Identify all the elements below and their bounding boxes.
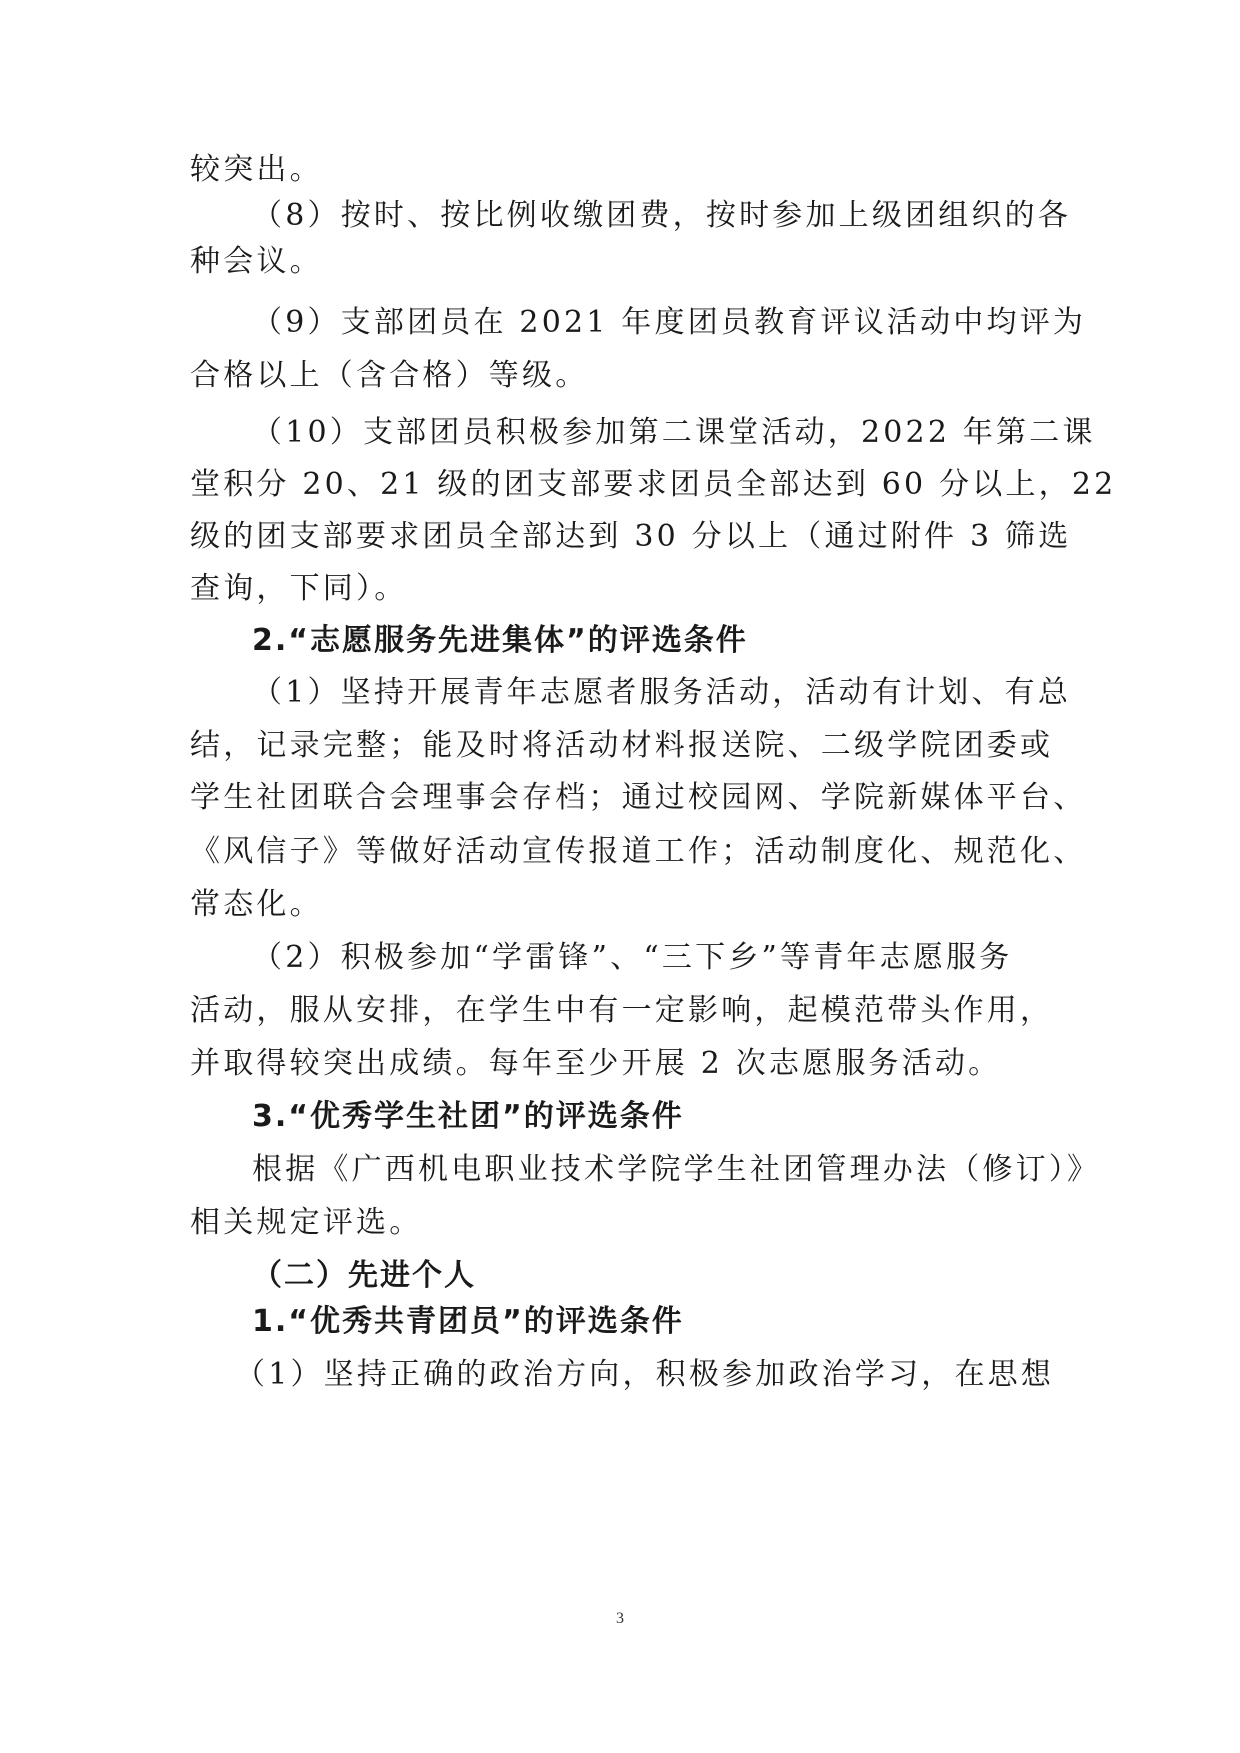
text-line: 查询，下同）。 — [190, 569, 407, 609]
list-item-8: （8）按时、按比例收缴团费，按时参加上级团组织的各 — [252, 196, 1071, 236]
list-item-10: （10）支部团员积极参加第二课堂活动，2022 年第二课 — [252, 413, 1096, 453]
list-item-2: （2）积极参加“学雷锋”、“三下乡”等青年志愿服务 — [252, 938, 1012, 978]
text-line: 级的团支部要求团员全部达到 30 分以上（通过附件 3 筛选 — [190, 517, 1071, 557]
text-line: 合格以上（含合格）等级。 — [190, 356, 588, 396]
text-line: 相关规定评选。 — [190, 1203, 422, 1243]
section-heading-volunteer: 2.“志愿服务先进集体”的评选条件 — [252, 621, 748, 661]
text-line: 堂积分 20、21 级的团支部要求团员全部达到 60 分以上，22 — [190, 465, 1116, 505]
page-number: 3 — [0, 1610, 1240, 1628]
list-item-9: （9）支部团员在 2021 年度团员教育评议活动中均评为 — [252, 303, 1086, 343]
text-line: 根据《广西机电职业技术学院学生社团管理办法（修订）》 — [252, 1150, 1100, 1190]
text-line: 常态化。 — [190, 885, 323, 925]
text-line: 结，记录完整；能及时将活动材料报送院、二级学院团委或 — [190, 726, 1053, 766]
text-line: 《风信子》等做好活动宣传报道工作；活动制度化、规范化、 — [190, 832, 1086, 872]
section-heading-individuals: （二）先进个人 — [252, 1256, 476, 1296]
text-line: 较突出。 — [190, 150, 323, 190]
text-line: 并取得较突出成绩。每年至少开展 2 次志愿服务活动。 — [190, 1044, 1001, 1084]
list-item-1: （1）坚持开展青年志愿者服务活动，活动有计划、有总 — [252, 673, 1071, 713]
list-item-1: （1）坚持正确的政治方向，积极参加政治学习，在思想 — [235, 1355, 1054, 1395]
document-page: 较突出。 （8）按时、按比例收缴团费，按时参加上级团组织的各 种会议。 （9）支… — [0, 0, 1240, 1753]
text-line: 学生社团联合会理事会存档；通过校园网、学院新媒体平台、 — [190, 778, 1086, 818]
section-heading-club: 3.“优秀学生社团”的评选条件 — [252, 1097, 684, 1137]
section-heading-member: 1.“优秀共青团员”的评选条件 — [252, 1302, 684, 1342]
text-line: 活动，服从安排，在学生中有一定影响，起模范带头作用， — [190, 991, 1053, 1031]
text-line: 种会议。 — [190, 242, 323, 282]
